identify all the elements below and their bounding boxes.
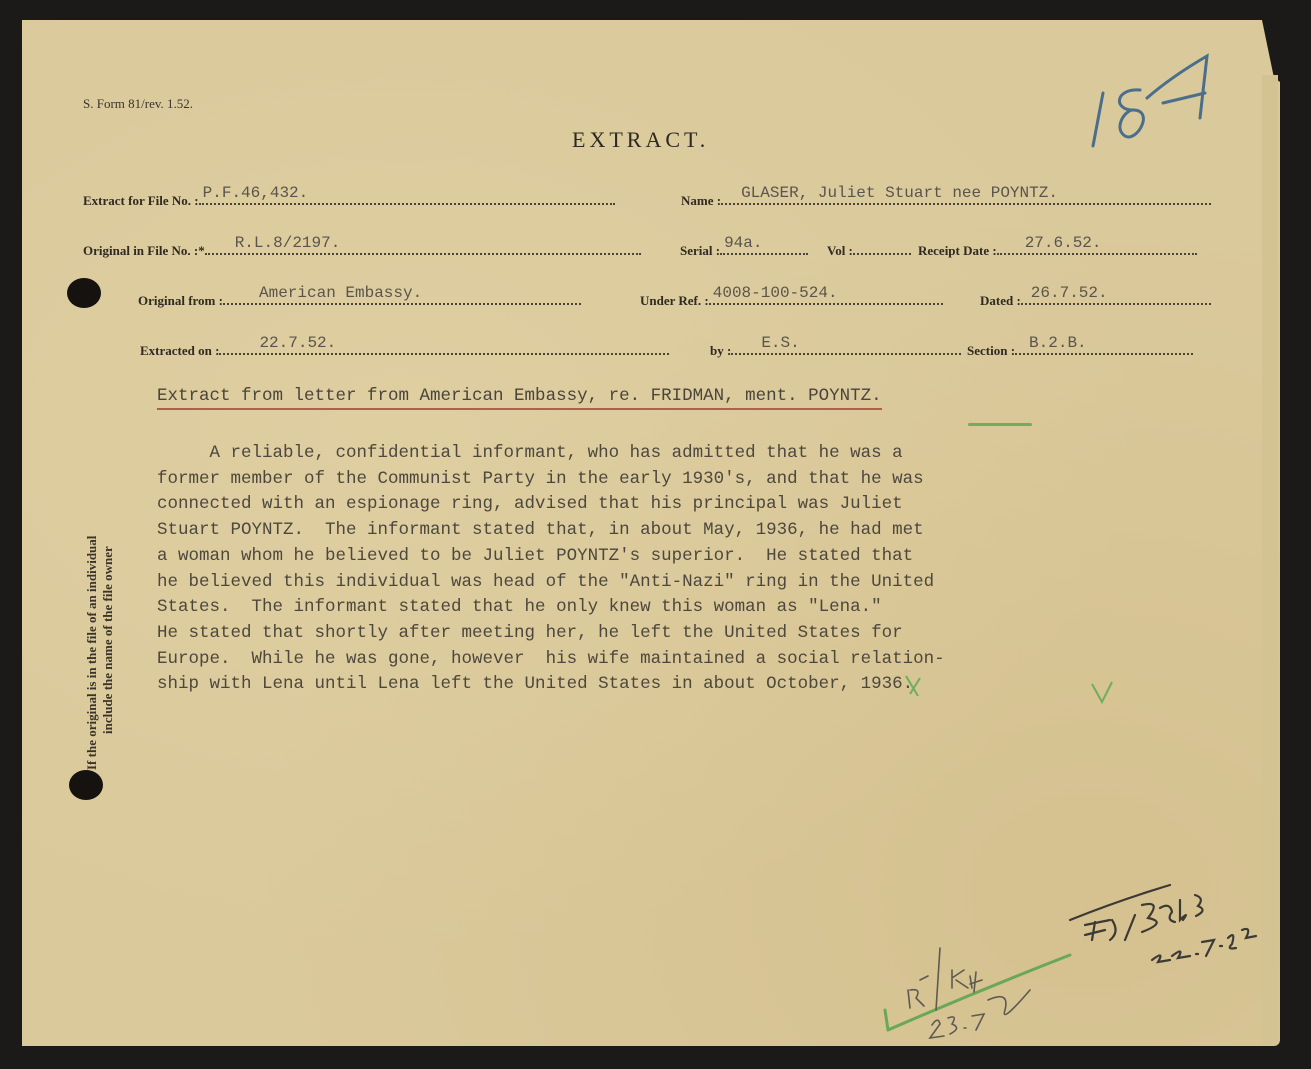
- body-line: he believed this individual was head of …: [157, 570, 1167, 596]
- body-line: Europe. While he was gone, however his w…: [157, 647, 1167, 673]
- field-extract-for-file-no: Extract for File No. :P.F.46,432.: [83, 192, 615, 209]
- field-name: Name :GLASER, Juliet Stuart nee POYNTZ.: [681, 192, 1211, 209]
- body-line: He stated that shortly after meeting her…: [157, 621, 1167, 647]
- field-extracted-on: Extracted on :22.7.52.: [140, 342, 669, 359]
- field-section: Section :B.2.B.: [967, 342, 1193, 359]
- form-number: S. Form 81/rev. 1.52.: [83, 96, 193, 112]
- body-line: a woman whom he believed to be Juliet PO…: [157, 544, 1167, 570]
- field-receipt-date: Receipt Date :27.6.52.: [918, 242, 1197, 259]
- extract-body: A reliable, confidential informant, who …: [157, 441, 1167, 698]
- field-dated: Dated :26.7.52.: [980, 292, 1211, 309]
- body-line: States. The informant stated that he onl…: [157, 595, 1167, 621]
- punch-hole-bottom: [69, 770, 103, 800]
- field-by: by :E.S.: [710, 342, 961, 359]
- body-line: Stuart POYNTZ. The informant stated that…: [157, 518, 1167, 544]
- body-line: former member of the Communist Party in …: [157, 467, 1167, 493]
- field-vol: Vol :: [827, 242, 911, 259]
- handwritten-folio-number: 18A: [1085, 48, 1225, 158]
- side-note-line-1: If the original is in the file of an ind…: [84, 536, 100, 770]
- side-instruction-note: If the original is in the file of an ind…: [84, 404, 130, 774]
- field-original-from: Original from :American Embassy.: [138, 292, 581, 309]
- body-line: connected with an espionage ring, advise…: [157, 492, 1167, 518]
- green-tick-mark-icon: [1088, 678, 1118, 708]
- field-serial: Serial :94a.: [680, 242, 808, 259]
- handwritten-signatures: [880, 880, 1280, 1050]
- body-line: A reliable, confidential informant, who …: [157, 441, 1167, 467]
- field-original-in-file-no: Original in File No. :*R.L.8/2197.: [83, 242, 641, 259]
- body-line: ship with Lena until Lena left the Unite…: [157, 672, 1167, 698]
- side-note-line-2: include the name of the file owner: [100, 546, 116, 734]
- page-title: EXTRACT.: [572, 127, 709, 153]
- green-pencil-underline: [968, 423, 1032, 426]
- extract-subject-line: Extract from letter from American Embass…: [157, 386, 882, 410]
- field-under-ref: Under Ref. :4008-100-524.: [640, 292, 943, 309]
- punch-hole-top: [67, 278, 101, 308]
- green-tick-mark-icon: [900, 672, 930, 702]
